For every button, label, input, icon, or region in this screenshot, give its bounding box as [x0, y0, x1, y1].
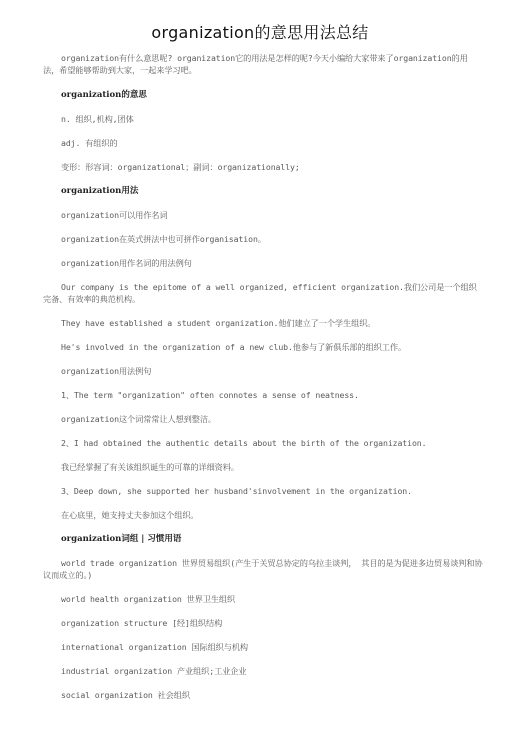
- page-title: organization的意思用法总结: [0, 20, 520, 43]
- usage-item: organization用作名词的用法例句: [61, 257, 192, 269]
- phrase-item: international organization 国际组织与机构: [61, 641, 248, 653]
- phrase-item: organization structure [经]组织结构: [61, 617, 222, 629]
- intro-paragraph: organization有什么意思呢? organization它的用法是怎样的…: [43, 52, 483, 76]
- example-sentence: They have established a student organiza…: [61, 317, 375, 329]
- example-subheading: organization用法例句: [61, 365, 151, 377]
- usage-item: organization在英式拼法中也可拼作organisation。: [61, 233, 266, 245]
- example-sentence: 1、The term "organization" often connotes…: [61, 389, 359, 401]
- example-translation: 我已经掌握了有关该组织诞生的可靠的详细资料。: [61, 461, 239, 473]
- definition-noun: n. 组织,机构,团体: [61, 113, 134, 125]
- phrase-item: social organization 社会组织: [61, 689, 190, 701]
- example-sentence: 3、Deep down, she supported her husband's…: [61, 485, 412, 497]
- example-sentence: Our company is the epitome of a well org…: [43, 281, 483, 305]
- phrase-item: world health organization 世界卫生组织: [61, 593, 235, 605]
- phrase-item: world trade organization 世界贸易组织(产生于关贸总协定…: [43, 557, 483, 581]
- section-heading-phrases: organization词组 | 习惯用语: [61, 533, 181, 545]
- section-heading-usage: organization用法: [61, 185, 138, 197]
- section-heading-meaning: organization的意思: [61, 89, 147, 101]
- example-sentence: 2、I had obtained the authentic details a…: [61, 437, 426, 449]
- example-sentence: He's involved in the organization of a n…: [61, 341, 406, 353]
- phrase-item: industrial organization 产业组织;工业企业: [61, 665, 246, 677]
- usage-item: organization可以用作名词: [61, 209, 167, 221]
- word-forms: 变形：形容词：organizational；副词：organizationall…: [61, 161, 300, 173]
- example-translation: 在心底里，她支持丈夫参加这个组织。: [61, 509, 199, 521]
- example-translation: organization这个词常常让人想到整洁。: [61, 413, 216, 425]
- definition-adj: adj. 有组织的: [61, 137, 118, 149]
